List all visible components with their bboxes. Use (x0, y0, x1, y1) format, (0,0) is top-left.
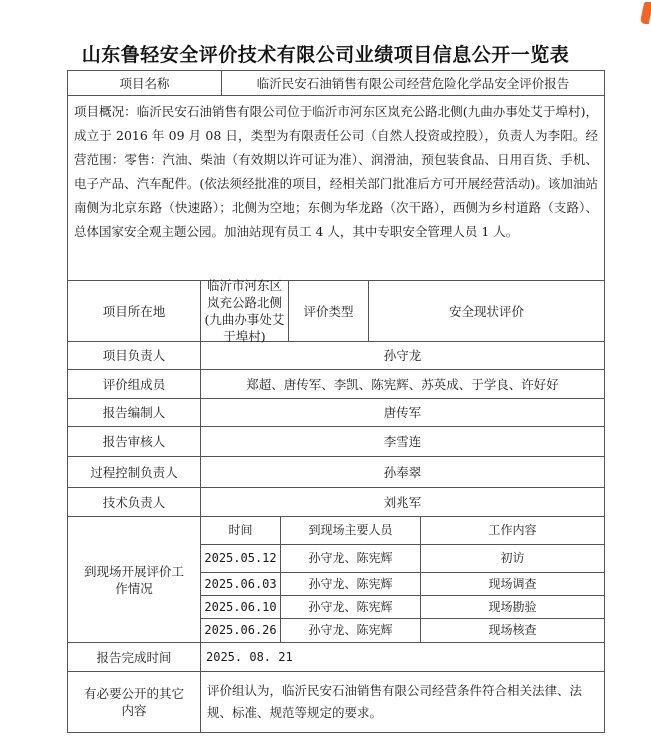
header-staff: 到现场主要人员 (280, 517, 420, 544)
site-visits-header: 时间 到现场主要人员 工作内容 (201, 517, 604, 545)
visit-work: 初访 (420, 545, 604, 572)
location-value: 临沂市河东区岚充公路北侧(九曲办事处艾于埠村) (200, 281, 288, 341)
header-work: 工作内容 (420, 517, 604, 544)
project-leader-label: 项目负责人 (68, 342, 200, 369)
visit-staff: 孙守龙、陈宪辉 (280, 545, 420, 572)
report-reviewer-value: 李雪连 (200, 427, 604, 456)
row-process-control: 过程控制负责人 孙奉翠 (68, 457, 604, 488)
report-reviewer-label: 报告审核人 (68, 427, 200, 456)
other-disclosure-value: 评价组认为，临沂民安石油销售有限公司经营条件符合相关法律、法规、标准、规范等规定… (200, 672, 604, 732)
visit-work: 现场调查 (420, 573, 604, 595)
visit-date: 2025.06.03 (201, 573, 280, 595)
technical-lead-value: 刘兆军 (200, 488, 604, 516)
header-date: 时间 (201, 517, 280, 544)
visit-work: 现场核查 (420, 619, 604, 642)
row-completion-date: 报告完成时间 2025. 08. 21 (68, 643, 604, 672)
site-visits-subtable: 时间 到现场主要人员 工作内容 2025.05.12 孙守龙、陈宪辉 初访 20… (200, 517, 604, 642)
table-row: 2025.05.12 孙守龙、陈宪辉 初访 (201, 545, 604, 573)
project-leader-value: 孙守龙 (200, 342, 604, 369)
technical-lead-label: 技术负责人 (68, 488, 200, 516)
completion-value: 2025. 08. 21 (200, 643, 604, 671)
project-name-label: 项目名称 (68, 71, 221, 95)
eval-team-value: 郑超、唐传军、李凯、陈宪辉、苏英成、于学良、许好好 (200, 370, 604, 398)
eval-type-label: 评价类型 (288, 281, 368, 341)
site-visits-label: 到现场开展评价工作情况 (68, 517, 200, 642)
row-project-leader: 项目负责人 孙守龙 (68, 342, 604, 370)
row-report-reviewer: 报告审核人 李雪连 (68, 427, 604, 457)
row-eval-team: 评价组成员 郑超、唐传军、李凯、陈宪辉、苏英成、于学良、许好好 (68, 370, 604, 399)
project-info-table: 项目名称 临沂民安石油销售有限公司经营危险化学品安全评价报告 项目概况：临沂民安… (67, 70, 605, 733)
project-name-value: 临沂民安石油销售有限公司经营危险化学品安全评价报告 (221, 71, 604, 95)
report-author-value: 唐传军 (200, 399, 604, 426)
table-row: 2025.06.26 孙守龙、陈宪辉 现场核查 (201, 619, 604, 642)
location-label: 项目所在地 (68, 281, 200, 341)
visit-staff: 孙守龙、陈宪辉 (280, 596, 420, 618)
table-row: 2025.06.03 孙守龙、陈宪辉 现场调查 (201, 573, 604, 596)
row-project-name: 项目名称 临沂民安石油销售有限公司经营危险化学品安全评价报告 (68, 71, 604, 96)
visit-staff: 孙守龙、陈宪辉 (280, 573, 420, 595)
row-report-author: 报告编制人 唐传军 (68, 399, 604, 427)
row-location: 项目所在地 临沂市河东区岚充公路北侧(九曲办事处艾于埠村) 评价类型 安全现状评… (68, 281, 604, 342)
table-row: 2025.06.10 孙守龙、陈宪辉 现场勘验 (201, 596, 604, 619)
project-overview-text: 项目概况：临沂民安石油销售有限公司位于临沂市河东区岚充公路北侧(九曲办事处艾于埠… (68, 96, 604, 280)
row-other-disclosure: 有必要公开的其它内容 评价组认为，临沂民安石油销售有限公司经营条件符合相关法律、… (68, 672, 604, 732)
visit-date: 2025.05.12 (201, 545, 280, 572)
row-site-visits: 到现场开展评价工作情况 时间 到现场主要人员 工作内容 2025.05.12 孙… (68, 517, 604, 643)
row-technical-lead: 技术负责人 刘兆军 (68, 488, 604, 517)
eval-type-value: 安全现状评价 (368, 281, 604, 341)
visit-work: 现场勘验 (420, 596, 604, 618)
page-title: 山东鲁轻安全评价技术有限公司业绩项目信息公开一览表 (0, 40, 651, 67)
row-overview: 项目概况：临沂民安石油销售有限公司位于临沂市河东区岚充公路北侧(九曲办事处艾于埠… (68, 96, 604, 281)
visit-staff: 孙守龙、陈宪辉 (280, 619, 420, 642)
completion-label: 报告完成时间 (68, 643, 200, 671)
corner-mark-icon (640, 2, 651, 24)
visit-date: 2025.06.10 (201, 596, 280, 618)
process-control-label: 过程控制负责人 (68, 457, 200, 487)
report-author-label: 报告编制人 (68, 399, 200, 426)
visit-date: 2025.06.26 (201, 619, 280, 642)
process-control-value: 孙奉翠 (200, 457, 604, 487)
other-disclosure-label: 有必要公开的其它内容 (68, 672, 200, 732)
eval-team-label: 评价组成员 (68, 370, 200, 398)
